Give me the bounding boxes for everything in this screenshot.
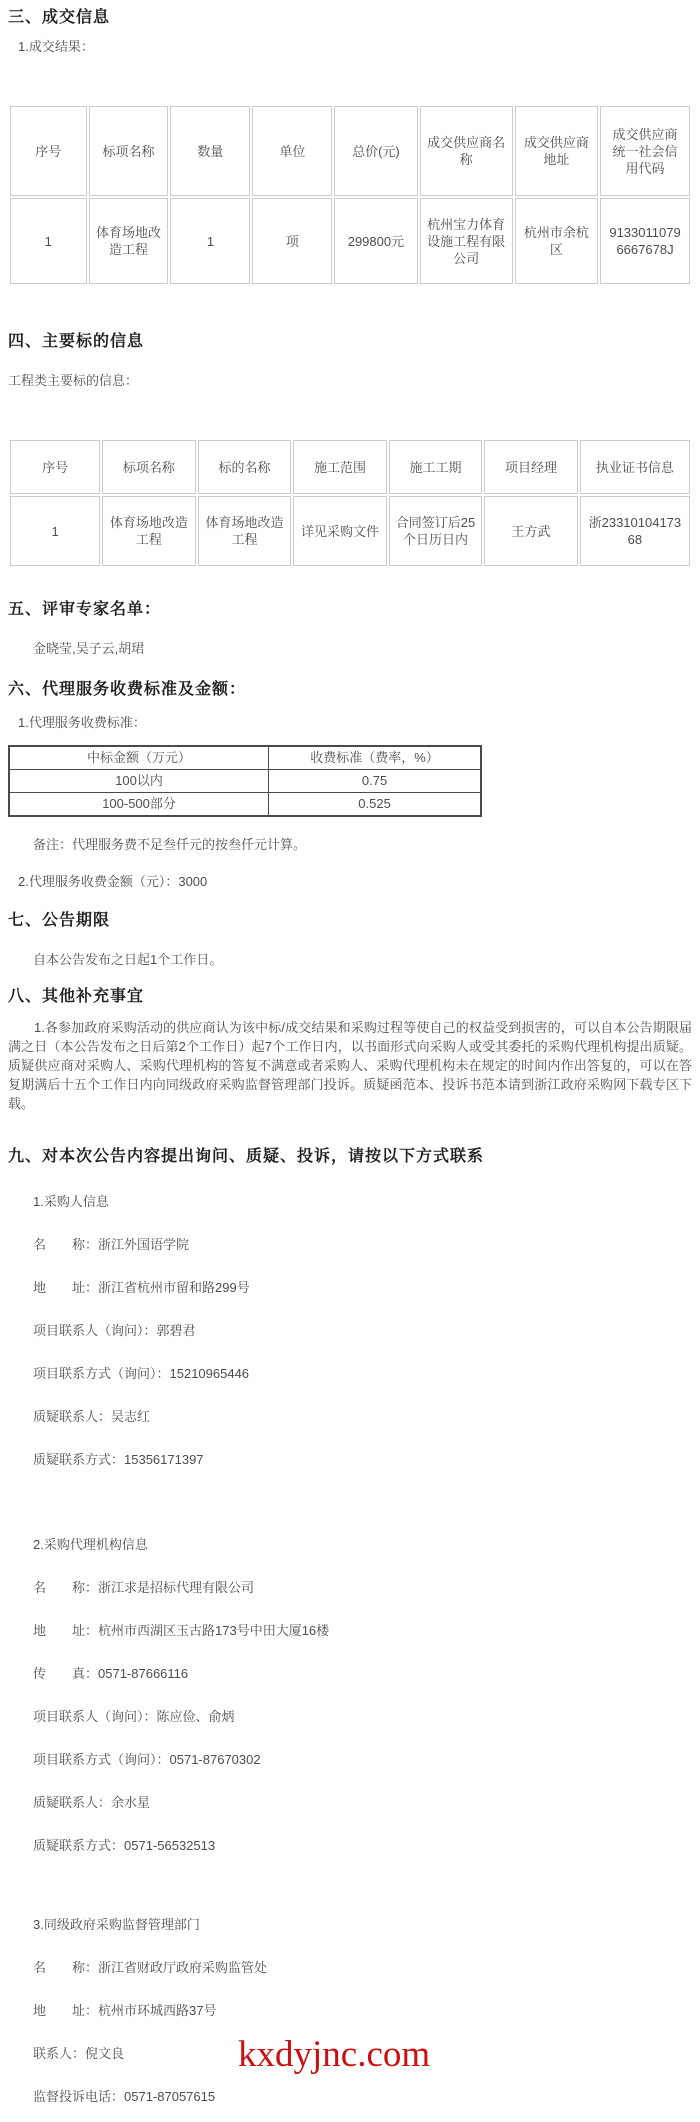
purchaser-name: 名 称：浙江外国语学院 xyxy=(33,1237,692,1252)
agency-fax: 传 真：0571-87666116 xyxy=(33,1666,692,1681)
deal-result-label: 1.成交结果： xyxy=(18,39,692,54)
section-6-title: 六、代理服务收费标准及金额： xyxy=(8,680,692,699)
subject-table-data-row: 1 体育场地改造工程 体育场地改造工程 详见采购文件 合同签订后25个日历日内 … xyxy=(10,496,690,566)
fee-amount-label: 2.代理服务收费金额（元）：3000 xyxy=(18,874,692,889)
section-7-title: 七、公告期限 xyxy=(8,911,692,930)
fee-header-rate: 收费标准（费率，%） xyxy=(269,746,481,770)
regulator-address: 地 址：杭州市环城西路37号 xyxy=(33,2003,692,2018)
deal-header-unit: 单位 xyxy=(252,106,332,196)
subject-info-table: 序号 标项名称 标的名称 施工范围 施工工期 项目经理 执业证书信息 1 体育场… xyxy=(8,438,692,568)
deal-table-header-row: 序号 标项名称 数量 单位 总价(元) 成交供应商名称 成交供应商地址 成交供应… xyxy=(10,106,690,196)
fee-cell-amount-1: 100以内 xyxy=(9,770,269,793)
fee-table-header-row: 中标金额（万元） 收费标准（费率，%） xyxy=(9,746,481,770)
section-3-title: 三、成交信息 xyxy=(8,8,692,27)
subject-header-manager: 项目经理 xyxy=(484,440,578,494)
fee-header-amount: 中标金额（万元） xyxy=(9,746,269,770)
deal-cell-lot-name: 体育场地改造工程 xyxy=(89,198,169,284)
agency-name: 名 称：浙江求是招标代理有限公司 xyxy=(33,1580,692,1595)
fee-table-row-1: 100以内 0.75 xyxy=(9,770,481,793)
subject-header-license: 执业证书信息 xyxy=(580,440,690,494)
subject-lead-label: 工程类主要标的信息： xyxy=(8,373,692,388)
deal-cell-unit: 项 xyxy=(252,198,332,284)
subject-header-scope: 施工范围 xyxy=(293,440,387,494)
deal-header-supplier-address: 成交供应商地址 xyxy=(515,106,598,196)
subject-cell-scope: 详见采购文件 xyxy=(293,496,387,566)
purchaser-project-contact: 项目联系人（询问）：郭碧君 xyxy=(33,1323,692,1338)
agency-project-contact: 项目联系人（询问）：陈应俭、俞炳 xyxy=(33,1709,692,1724)
subject-cell-seq: 1 xyxy=(10,496,100,566)
regulator-info-heading: 3.同级政府采购监督管理部门 xyxy=(33,1917,692,1932)
deal-cell-supplier-address: 杭州市余杭区 xyxy=(515,198,598,284)
subject-cell-subject-name: 体育场地改造工程 xyxy=(198,496,292,566)
agency-address: 地 址：杭州市西湖区玉古路173号中田大厦16楼 xyxy=(33,1623,692,1638)
deal-cell-seq: 1 xyxy=(10,198,87,284)
deal-table-data-row: 1 体育场地改造工程 1 项 299800元 杭州宝力体育设施工程有限公司 杭州… xyxy=(10,198,690,284)
deal-result-table: 序号 标项名称 数量 单位 总价(元) 成交供应商名称 成交供应商地址 成交供应… xyxy=(8,104,692,286)
subject-header-lot-name: 标项名称 xyxy=(102,440,196,494)
agency-query-phone: 质疑联系方式：0571-56532513 xyxy=(33,1838,692,1853)
section-5-title: 五、评审专家名单： xyxy=(8,600,692,619)
fee-note: 备注：代理服务费不足叁仟元的按叁仟元计算。 xyxy=(33,837,692,852)
deal-header-quantity: 数量 xyxy=(170,106,250,196)
purchaser-info-heading: 1.采购人信息 xyxy=(33,1194,692,1209)
subject-header-duration: 施工工期 xyxy=(389,440,483,494)
purchaser-query-phone: 质疑联系方式：15356171397 xyxy=(33,1452,692,1467)
regulator-name: 名 称：浙江省财政厅政府采购监管处 xyxy=(33,1960,692,1975)
fee-table-row-2: 100-500部分 0.525 xyxy=(9,793,481,817)
agency-project-phone: 项目联系方式（询问）：0571-87670302 xyxy=(33,1752,692,1767)
site-watermark: kxdyjnc.com xyxy=(238,2036,430,2073)
deal-header-supplier-name: 成交供应商名称 xyxy=(420,106,513,196)
deal-header-seq: 序号 xyxy=(10,106,87,196)
subject-cell-lot-name: 体育场地改造工程 xyxy=(102,496,196,566)
deal-header-lot-name: 标项名称 xyxy=(89,106,169,196)
regulator-phone: 监督投诉电话：0571-87057615 xyxy=(33,2089,692,2104)
fee-standard-label: 1.代理服务收费标准： xyxy=(18,715,692,730)
purchaser-project-phone: 项目联系方式（询问）：15210965446 xyxy=(33,1366,692,1381)
deal-cell-total-price: 299800元 xyxy=(334,198,417,284)
section-8-title: 八、其他补充事宜 xyxy=(8,987,692,1006)
expert-names: 金晓莹,吴子云,胡珺 xyxy=(33,641,692,656)
fee-cell-amount-2: 100-500部分 xyxy=(9,793,269,817)
fee-standard-table: 中标金额（万元） 收费标准（费率，%） 100以内 0.75 100-500部分… xyxy=(8,745,482,817)
purchaser-query-contact: 质疑联系人：吴志红 xyxy=(33,1409,692,1424)
announcement-period-text: 自本公告发布之日起1个工作日。 xyxy=(33,952,692,967)
subject-cell-license: 浙2331010417368 xyxy=(580,496,690,566)
subject-cell-duration: 合同签订后25个日历日内 xyxy=(389,496,483,566)
deal-cell-quantity: 1 xyxy=(170,198,250,284)
section-4-title: 四、主要标的信息 xyxy=(8,332,692,351)
subject-cell-manager: 王方武 xyxy=(484,496,578,566)
deal-header-supplier-credit-code: 成交供应商统一社会信用代码 xyxy=(600,106,690,196)
fee-cell-rate-2: 0.525 xyxy=(269,793,481,817)
deal-cell-supplier-credit-code: 91330110796667678J xyxy=(600,198,690,284)
subject-header-subject-name: 标的名称 xyxy=(198,440,292,494)
purchaser-address: 地 址：浙江省杭州市留和路299号 xyxy=(33,1280,692,1295)
fee-cell-rate-1: 0.75 xyxy=(269,770,481,793)
agency-info-heading: 2.采购代理机构信息 xyxy=(33,1537,692,1552)
section-9-title: 九、对本次公告内容提出询问、质疑、投诉，请按以下方式联系 xyxy=(8,1147,692,1166)
subject-header-seq: 序号 xyxy=(10,440,100,494)
deal-cell-supplier-name: 杭州宝力体育设施工程有限公司 xyxy=(420,198,513,284)
subject-table-header-row: 序号 标项名称 标的名称 施工范围 施工工期 项目经理 执业证书信息 xyxy=(10,440,690,494)
supplementary-paragraph: 1.各参加政府采购活动的供应商认为该中标/成交结果和采购过程等使自己的权益受到损… xyxy=(8,1018,692,1113)
agency-query-contact: 质疑联系人：余水星 xyxy=(33,1795,692,1810)
announcement-document: 三、成交信息 1.成交结果： 序号 标项名称 数量 单位 总价(元) 成交供应商… xyxy=(0,0,700,2104)
deal-header-total-price: 总价(元) xyxy=(334,106,417,196)
